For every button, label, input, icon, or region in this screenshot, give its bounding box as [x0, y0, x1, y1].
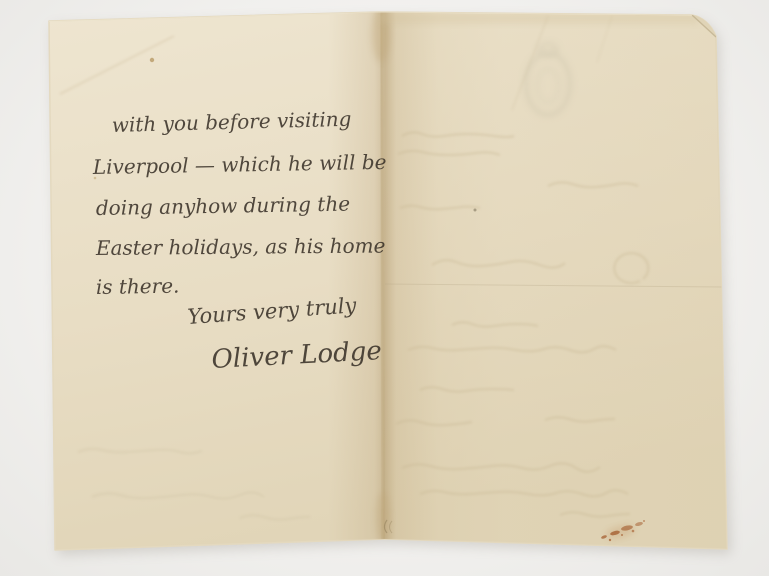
foxing-speck [150, 58, 154, 62]
foxing-speck [474, 209, 477, 212]
handwritten-line: is there. [96, 274, 180, 299]
handwritten-line: Easter holidays, as his home [95, 233, 386, 260]
photo-background: with you before visiting Liverpool — whi… [0, 0, 769, 576]
handwritten-line: doing anyhow during the [96, 192, 351, 220]
fold-bottom-wear [376, 492, 390, 540]
letter-photo: with you before visiting Liverpool — whi… [0, 0, 769, 576]
handwritten-line: Liverpool — which he will be [92, 150, 387, 179]
